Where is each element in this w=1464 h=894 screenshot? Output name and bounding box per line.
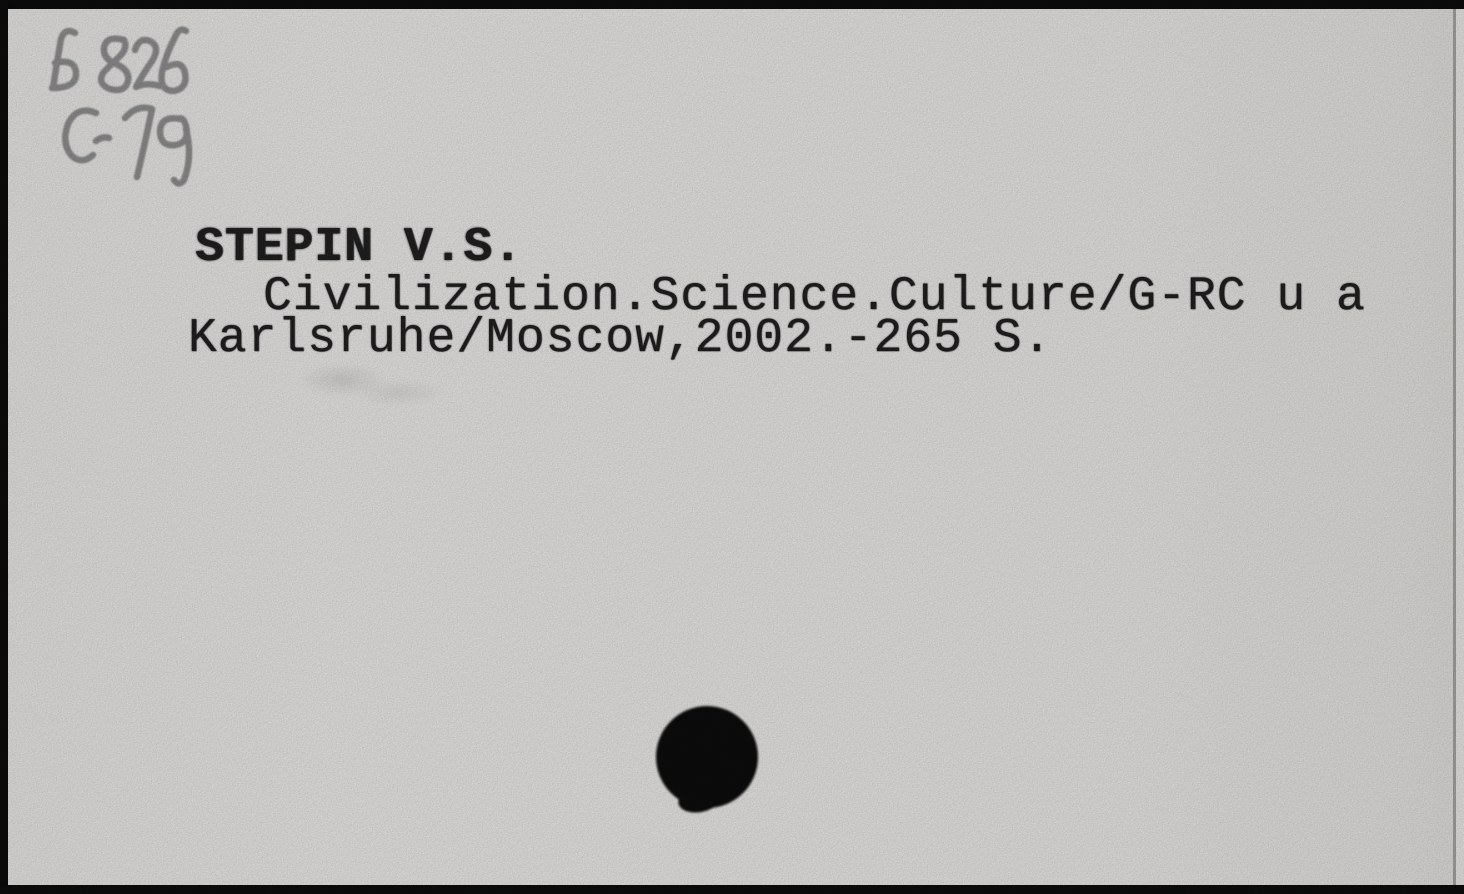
- author-heading: STEPIN V.S.: [195, 224, 523, 272]
- scan-border-top: [0, 0, 1464, 9]
- scan-border-bottom: [0, 885, 1464, 894]
- catalog-card: Б 826 С-79 STEPIN V.S. Civilization.Scie…: [8, 9, 1456, 885]
- hole-punch-icon: [648, 697, 772, 829]
- scan-edge-strip-right: [1456, 9, 1464, 885]
- scan-border-left: [0, 0, 8, 894]
- catalog-card-scan: Б 826 С-79 STEPIN V.S. Civilization.Scie…: [0, 0, 1464, 894]
- bleed-through-smudge: [283, 351, 453, 423]
